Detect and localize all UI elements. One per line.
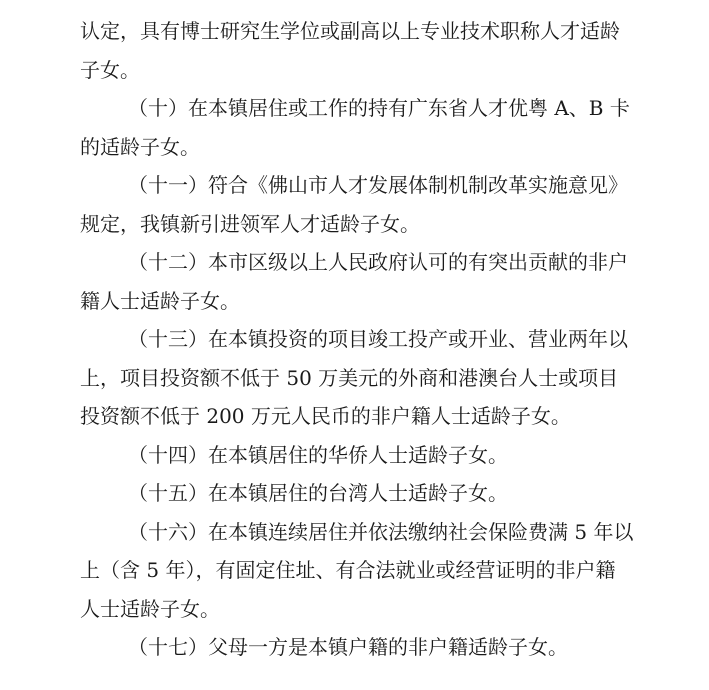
text-line: 投资额不低于 200 万元人民币的非户籍人士适龄子女。 [80, 397, 620, 436]
text-line: 上，项目投资额不低于 50 万美元的外商和港澳台人士或项目 [80, 359, 620, 398]
clause-10: （十）在本镇居住或工作的持有广东省人才优粤 A、B 卡 [80, 89, 620, 128]
text-line: 人士适龄子女。 [80, 590, 620, 629]
clause-16: （十六）在本镇连续居住并依法缴纳社会保险费满 5 年以 [80, 513, 620, 552]
clause-12: （十二）本市区级以上人民政府认可的有突出贡献的非户 [80, 243, 620, 282]
clause-15: （十五）在本镇居住的台湾人士适龄子女。 [80, 474, 620, 513]
text-line: 规定，我镇新引进领军人才适龄子女。 [80, 205, 620, 244]
text-line: 上（含 5 年），有固定住址、有合法就业或经营证明的非户籍 [80, 551, 620, 590]
document-page: 认定，具有博士研究生学位或副高以上专业技术职称人才适龄 子女。 （十）在本镇居住… [80, 12, 620, 667]
clause-13: （十三）在本镇投资的项目竣工投产或开业、营业两年以 [80, 320, 620, 359]
text-line: 子女。 [80, 51, 620, 90]
text-line: 籍人士适龄子女。 [80, 282, 620, 321]
clause-11: （十一）符合《佛山市人才发展体制机制改革实施意见》 [80, 166, 620, 205]
text-line: 认定，具有博士研究生学位或副高以上专业技术职称人才适龄 [80, 12, 620, 51]
clause-17: （十七）父母一方是本镇户籍的非户籍适龄子女。 [80, 628, 620, 667]
text-line: 的适龄子女。 [80, 128, 620, 167]
clause-14: （十四）在本镇居住的华侨人士适龄子女。 [80, 436, 620, 475]
